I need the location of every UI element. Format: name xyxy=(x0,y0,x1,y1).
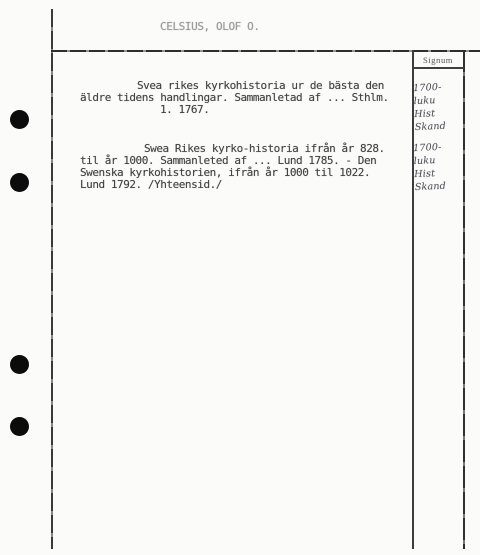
punch-hole xyxy=(10,110,29,129)
punch-hole xyxy=(10,173,29,192)
catalog-card-page: CELSIUS, OLOF O. Signum Svea rikes kyrko… xyxy=(0,0,480,555)
signum-note: 1700-luku Hist Skand xyxy=(413,80,465,134)
entry-line: Lund 1792. /Yhteensid./ xyxy=(80,179,416,191)
signum-column-header: Signum xyxy=(413,55,463,65)
signum-note-line: Hist Skand xyxy=(414,166,465,194)
signum-note-line: 1700-luku xyxy=(413,140,464,168)
signum-note-line: 1700-luku xyxy=(413,80,464,108)
punch-hole xyxy=(10,417,29,436)
card-top-rule xyxy=(51,50,480,52)
catalog-entry: Svea rikes kyrkohistoria ur de bästa den… xyxy=(80,80,416,116)
signum-note-line: Hist Skand xyxy=(414,106,465,134)
punch-hole xyxy=(10,355,29,374)
signum-note: 1700-luku Hist Skand xyxy=(413,140,465,194)
left-margin-rule xyxy=(51,9,53,549)
entry-line: 1. 1767. xyxy=(80,104,416,116)
signum-column-left-border xyxy=(412,50,414,549)
entry-line: äldre tidens handlingar. Sammanletad af … xyxy=(80,92,416,104)
catalog-entry: Swea Rikes kyrko-historia ifrån år 828. … xyxy=(80,143,416,191)
author-heading: CELSIUS, OLOF O. xyxy=(160,20,260,33)
signum-header-underline xyxy=(412,67,464,69)
